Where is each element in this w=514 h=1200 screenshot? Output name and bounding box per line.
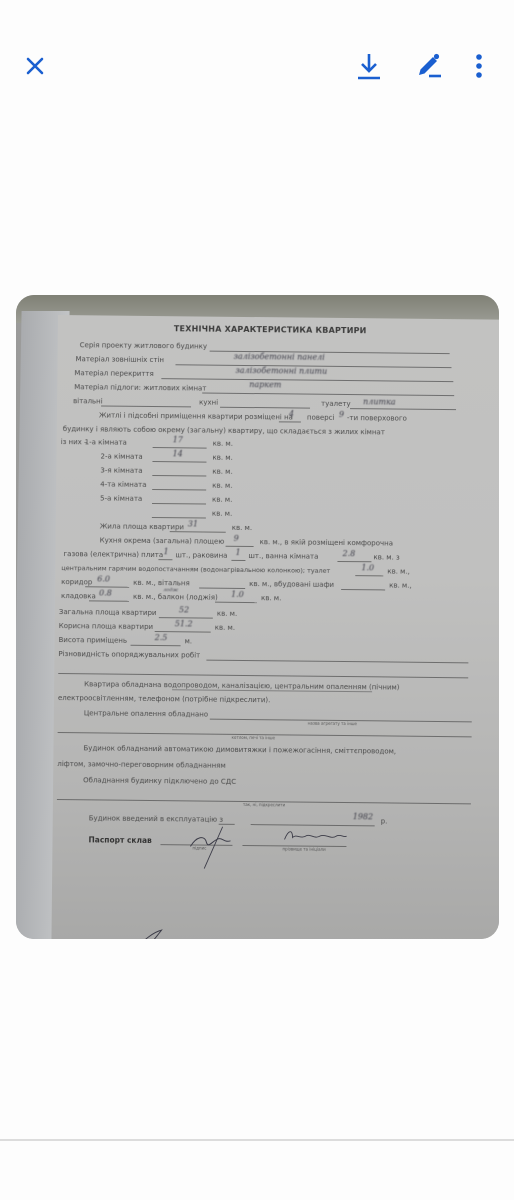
commissioned-year: 1982 bbox=[353, 813, 373, 821]
field-line bbox=[101, 405, 191, 407]
kitchen-text-3b: кв. м., bbox=[387, 568, 410, 575]
room-area-unit: кв. м. bbox=[212, 483, 232, 490]
field-line bbox=[131, 645, 181, 647]
more-options-button[interactable] bbox=[461, 48, 497, 84]
room-area-unit: кв. м. bbox=[212, 511, 232, 518]
download-button[interactable] bbox=[351, 48, 387, 84]
central-heating-hint: назва агрегату та інше bbox=[308, 722, 357, 727]
located-text-1: Житлі і підсобні приміщення квартири роз… bbox=[99, 412, 293, 421]
height-value: 2.5 bbox=[155, 634, 168, 642]
field-line bbox=[231, 560, 245, 561]
building-description: будинку і являють собою окрему (загальну… bbox=[63, 426, 385, 436]
equipped-line-2: електроосвітленням, телефоном (потрібне … bbox=[58, 695, 270, 704]
stove-count: 1 bbox=[163, 548, 168, 556]
walls-value: залізобетонні панелі bbox=[234, 353, 325, 362]
name-handwriting bbox=[280, 825, 350, 846]
pantry-area: 0.8 bbox=[99, 589, 112, 597]
room-label: 4-та кімната bbox=[100, 481, 146, 488]
floor-material-value: паркет bbox=[249, 381, 281, 389]
download-icon bbox=[355, 51, 383, 81]
kitchen-text-1b: кв. м., в якій розміщені комфорочна bbox=[260, 539, 393, 547]
heating-hint-2: котлом, печі та інше bbox=[232, 736, 276, 740]
room-area-unit: кв. м. bbox=[213, 441, 233, 448]
central-heating-label: Центральне опалення обладнано bbox=[84, 710, 208, 718]
located-text-2: поверсі bbox=[307, 415, 335, 422]
room-area-value: 14 bbox=[173, 450, 183, 458]
room-label: 2-а кімната bbox=[100, 453, 142, 460]
walls-label: Матеріал зовнішніх стін bbox=[75, 356, 164, 364]
field-line bbox=[152, 461, 206, 463]
balcony-label: кв. м., балкон (лоджія) bbox=[133, 594, 218, 602]
built-in-label: кв. м., вбудовані шафи bbox=[249, 581, 334, 589]
kitchen-text-3a: центральним гарячим водопостачанням (вод… bbox=[61, 565, 330, 574]
field-line bbox=[215, 602, 257, 603]
field-line bbox=[202, 393, 454, 397]
corridor-label: коридор bbox=[61, 579, 92, 586]
height-unit: м. bbox=[185, 638, 193, 645]
storeys-value: 9 bbox=[339, 411, 344, 419]
pantry-label: кладовка bbox=[61, 593, 96, 600]
room-area-unit: кв. м. bbox=[212, 469, 232, 476]
total-area-label: Загальна площа квартири bbox=[59, 609, 157, 617]
building-equipped-2: ліфтом, замочно-переговорним обладнанням bbox=[57, 761, 225, 770]
toilet-floor-value: плитка bbox=[363, 398, 396, 406]
bottom-divider bbox=[0, 1139, 514, 1141]
bottom-scribble bbox=[131, 924, 171, 939]
total-area-unit: кв. м. bbox=[217, 611, 237, 618]
kitchen-area: 9 bbox=[234, 535, 239, 543]
of-them-label: із них – bbox=[61, 439, 88, 446]
commissioned-suffix: р. bbox=[381, 818, 388, 825]
field-line bbox=[199, 587, 245, 588]
room-area-value: 17 bbox=[173, 436, 183, 444]
corridor-unit: кв. м., вітальня bbox=[133, 580, 190, 588]
kitchen-text-2d: кв. м. з bbox=[373, 554, 399, 561]
toilet-area: 1.0 bbox=[361, 564, 374, 572]
field-line bbox=[89, 600, 129, 601]
edit-button[interactable] bbox=[411, 48, 447, 84]
toilet-floor-label: туалету bbox=[321, 401, 351, 408]
room-label: 3-я кімната bbox=[100, 467, 142, 474]
sds-label: Обладнання будинку підключено до СДС bbox=[83, 777, 236, 786]
bathroom-area: 2.8 bbox=[342, 550, 355, 558]
balcony-area: 1.0 bbox=[231, 591, 244, 599]
floor-number: 4 bbox=[289, 410, 294, 418]
useful-area-unit: кв. м. bbox=[215, 625, 235, 632]
signature-scribble bbox=[182, 822, 243, 873]
corridor-area: 6.0 bbox=[97, 575, 110, 583]
sink-count: 1 bbox=[235, 549, 240, 557]
edit-pencil-icon bbox=[414, 51, 444, 81]
building-equipped-1: Будинок обладнаний автоматикою димовитяж… bbox=[83, 745, 396, 755]
living-area-unit: кв. м. bbox=[232, 525, 252, 532]
viewer-toolbar bbox=[0, 0, 514, 110]
field-line bbox=[220, 407, 310, 409]
located-text-3: -ти поверхового bbox=[347, 415, 407, 423]
more-vertical-icon bbox=[474, 52, 484, 80]
close-icon bbox=[24, 55, 46, 77]
field-line bbox=[58, 673, 468, 678]
field-line bbox=[152, 489, 206, 491]
finishing-label: Різновидність опоряджувальних робіт bbox=[58, 651, 200, 659]
series-label: Серія проекту житлового будинку bbox=[80, 342, 207, 350]
field-line bbox=[350, 408, 456, 410]
partitions-value: залізобетонні плити bbox=[235, 367, 327, 376]
field-line bbox=[206, 660, 468, 664]
kitchen-text-2b: шт., раковина bbox=[175, 552, 227, 560]
field-line bbox=[337, 561, 371, 562]
height-label: Висота приміщень bbox=[59, 637, 128, 645]
room-area-unit: кв. м. bbox=[212, 497, 232, 504]
kitchen-text-2a: газова (електрична) плита bbox=[63, 551, 163, 559]
balcony-unit: кв. м. bbox=[261, 595, 281, 602]
field-line bbox=[279, 421, 301, 422]
floor-material-label: Матеріал підлоги: житлових кімнат bbox=[74, 384, 206, 392]
hallway-label: вітальні bbox=[73, 398, 103, 405]
kitchen-floor-label: кухні bbox=[199, 399, 218, 406]
room-label: 1-а кімната bbox=[85, 439, 127, 446]
sds-hint: так, ні, підкреслити bbox=[243, 803, 285, 807]
passport-label: Паспорт склав bbox=[88, 836, 151, 844]
field-line bbox=[152, 475, 206, 477]
room-label: 5-а кімната bbox=[100, 495, 142, 502]
close-button[interactable] bbox=[17, 48, 53, 84]
kitchen-text-1a: Кухня окрема (загальна) площею bbox=[100, 537, 225, 545]
partitions-label: Матеріал перекриття bbox=[74, 370, 153, 378]
useful-area-value: 51.2 bbox=[175, 620, 193, 628]
kitchen-text-2c: шт., ванна кімната bbox=[248, 553, 318, 561]
field-line bbox=[152, 503, 206, 505]
field-line bbox=[158, 559, 172, 560]
name-hint: прізвище та ініціали bbox=[282, 847, 325, 851]
field-line bbox=[355, 575, 383, 576]
field-line bbox=[341, 589, 385, 590]
document-title: ТЕХНІЧНА ХАРАКТЕРИСТИКА КВАРТИРИ bbox=[174, 325, 367, 335]
document-photo: ТЕХНІЧНА ХАРАКТЕРИСТИКА КВАРТИРИ Серія п… bbox=[16, 295, 499, 939]
built-in-unit: кв. м., bbox=[389, 582, 412, 589]
room-area-unit: кв. м. bbox=[212, 455, 232, 462]
field-line bbox=[161, 378, 453, 382]
field-line bbox=[152, 517, 206, 519]
total-area-value: 52 bbox=[179, 606, 189, 614]
useful-area-label: Корисна площа квартири bbox=[59, 623, 153, 631]
living-area-value: 31 bbox=[188, 520, 198, 528]
field-line bbox=[226, 546, 254, 547]
living-area-label: Жила площа квартири bbox=[100, 523, 184, 531]
document-sheet: ТЕХНІЧНА ХАРАКТЕРИСТИКА КВАРТИРИ Серія п… bbox=[51, 315, 499, 939]
field-line bbox=[170, 531, 226, 533]
